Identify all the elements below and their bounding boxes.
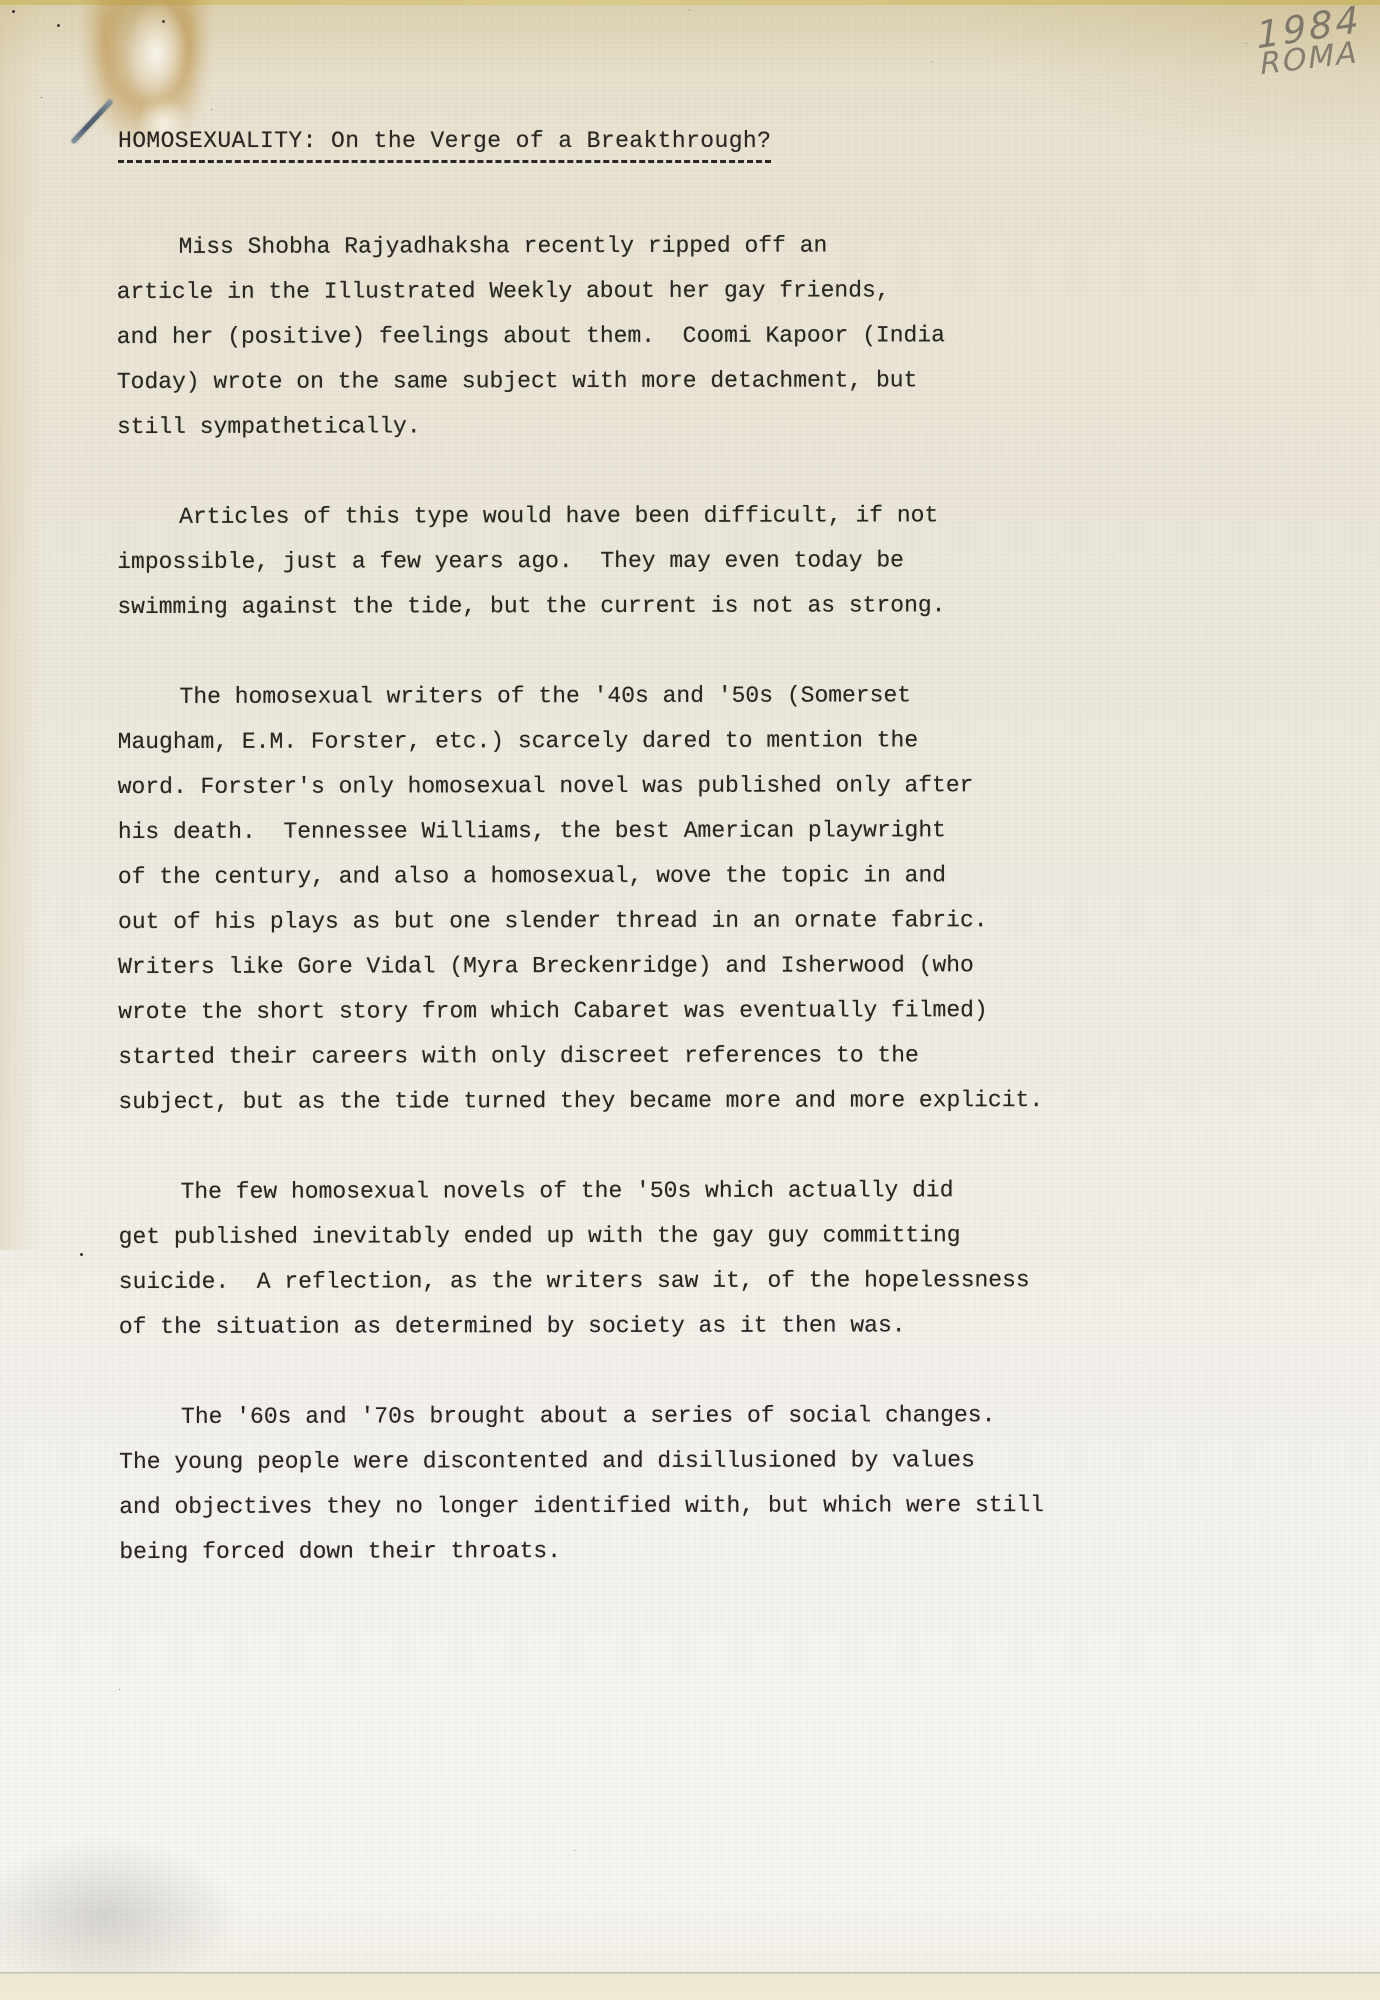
document-title: HOMOSEXUALITY: On the Verge of a Breakth… [118, 128, 771, 163]
paragraph: The few homosexual novels of the '50s wh… [119, 1168, 1079, 1350]
aged-left-band [0, 0, 42, 1250]
paragraph: The '60s and '70s brought about a series… [119, 1393, 1079, 1575]
coffee-stain-streak [100, 0, 195, 140]
handwritten-annotation: 1984 ROMA [1256, 6, 1362, 76]
paper-specks [12, 10, 15, 13]
bottom-left-smudge [0, 1838, 240, 1993]
aged-top-band [0, 0, 1380, 75]
coffee-stain-ring [84, 0, 209, 140]
paragraph: The homosexual writers of the '40s and '… [117, 673, 1078, 1125]
paragraph: Miss Shobha Rajyadhaksha recently ripped… [117, 223, 1077, 450]
page-bottom-edge [0, 1972, 1380, 2000]
document-body: Miss Shobha Rajyadhaksha recently ripped… [117, 223, 1080, 1620]
scanned-document-page: 1984 ROMA HOMOSEXUALITY: On the Verge of… [0, 0, 1380, 2000]
tape-residue-patch [126, 4, 186, 102]
paragraph: Articles of this type would have been di… [117, 493, 1077, 630]
handwritten-slash-mark [70, 99, 113, 145]
page-top-edge [0, 0, 1380, 5]
